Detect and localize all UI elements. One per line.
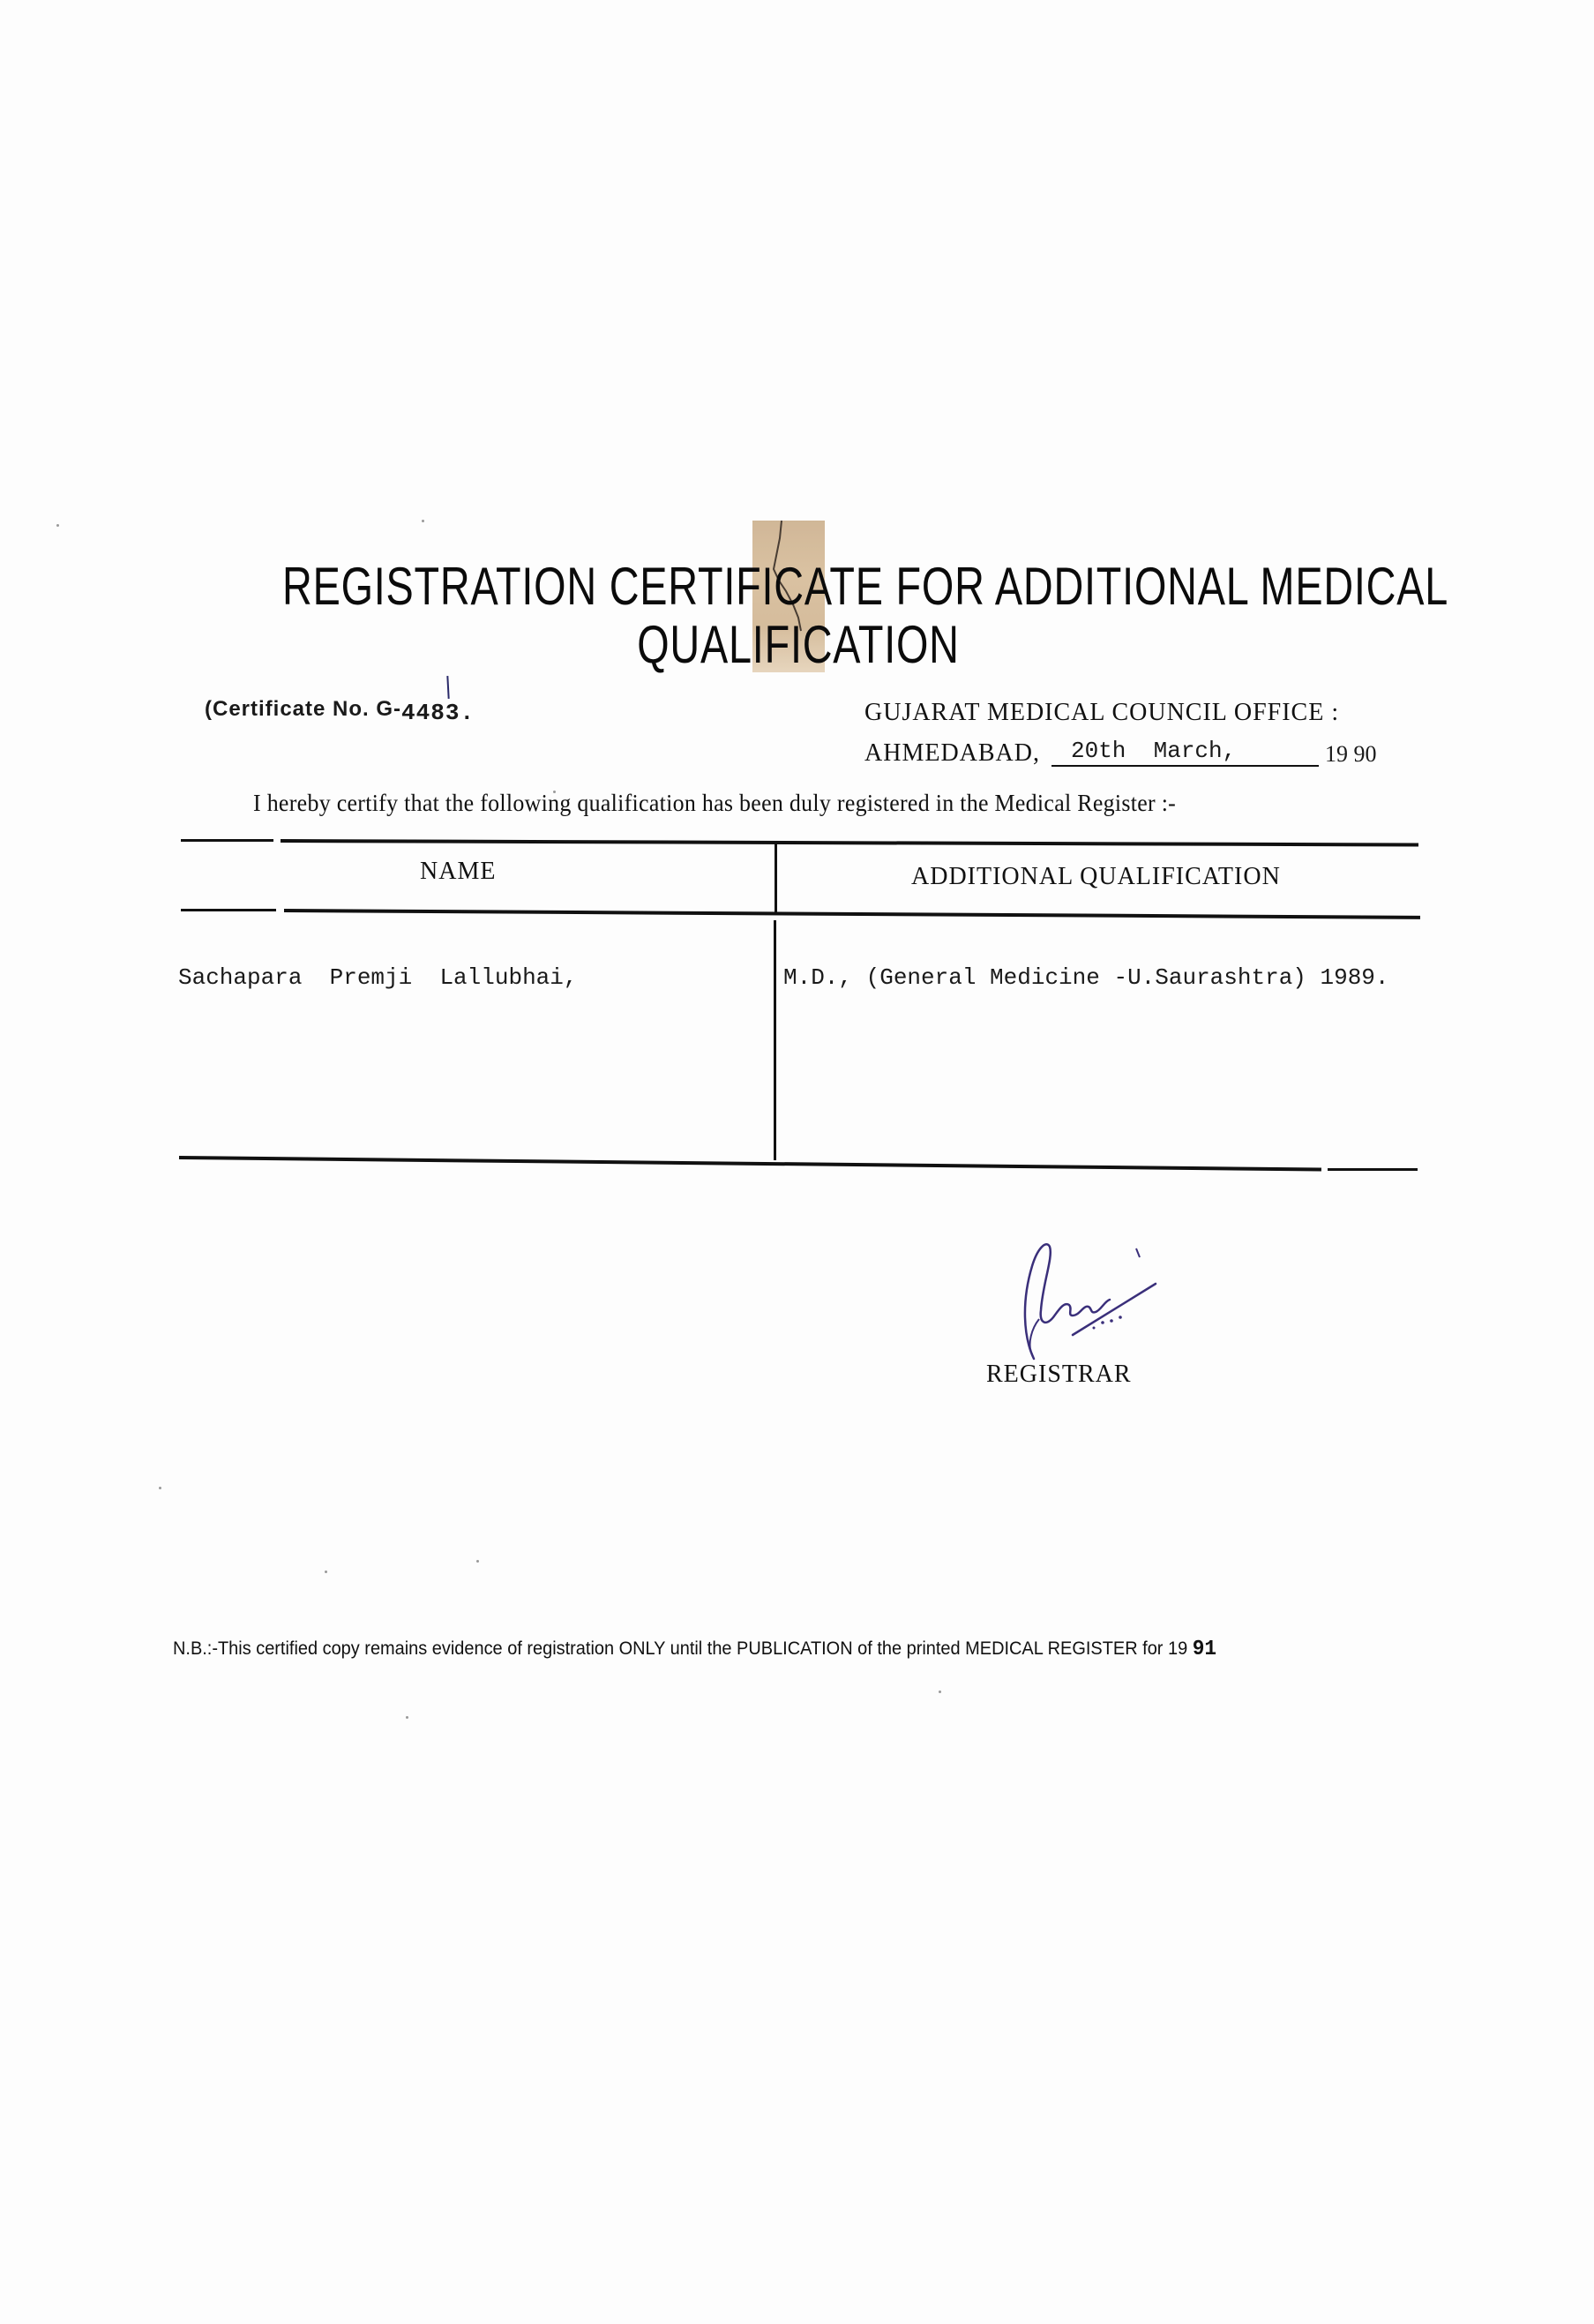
certificate-page: REGISTRATION CERTIFICATE FOR ADDITIONAL … xyxy=(0,0,1594,2324)
footer-note: N.B.:-This certified copy remains eviden… xyxy=(173,1638,1216,1661)
table-bottom-rule xyxy=(179,1156,1321,1172)
certificate-number: (Certificate No. G-4483. xyxy=(205,696,475,723)
table-bottom-rule-right xyxy=(1328,1168,1418,1171)
table-cell-qualification: M.D., (General Medicine -U.Saurashtra) 1… xyxy=(783,964,1389,991)
table-cell-name: Sachapara Premji Lallubhai, xyxy=(178,964,577,991)
scan-speck xyxy=(422,520,424,522)
footer-note-year: 91 xyxy=(1193,1638,1216,1661)
certificate-number-value: 4483. xyxy=(401,700,475,726)
table-header-divider xyxy=(775,843,777,915)
issue-date: 20th March, xyxy=(1071,738,1236,764)
table-body-divider xyxy=(774,920,776,1160)
scan-speck xyxy=(406,1716,408,1719)
place-label: AHMEDABAD, xyxy=(864,739,1040,768)
certificate-number-label: (Certificate No. G- xyxy=(205,697,401,721)
scan-speck xyxy=(325,1571,327,1573)
document-title-line1: REGISTRATION CERTIFICATE FOR ADDITIONAL … xyxy=(282,556,1314,617)
issue-year: 19 90 xyxy=(1325,741,1377,768)
table-top-rule-left xyxy=(181,839,273,842)
registrar-title: REGISTRAR xyxy=(986,1361,1132,1389)
scan-speck xyxy=(56,524,59,527)
footer-note-text: N.B.:-This certified copy remains eviden… xyxy=(173,1638,1193,1659)
table-header-name: NAME xyxy=(420,858,496,886)
table-top-rule xyxy=(281,839,1418,847)
office-line: GUJARAT MEDICAL COUNCIL OFFICE : xyxy=(864,699,1339,727)
registrar-signature-icon xyxy=(988,1231,1164,1372)
document-title-line2: QUALIFICATION xyxy=(282,614,1314,675)
table-header-qualification: ADDITIONAL QUALIFICATION xyxy=(911,863,1281,891)
scan-speck xyxy=(939,1691,941,1693)
table-header-rule xyxy=(284,909,1420,919)
scan-speck xyxy=(553,791,556,793)
scan-speck xyxy=(159,1487,161,1489)
table-header-rule-left xyxy=(181,909,276,911)
certification-statement: I hereby certify that the following qual… xyxy=(253,790,1176,817)
scan-speck xyxy=(476,1560,479,1563)
